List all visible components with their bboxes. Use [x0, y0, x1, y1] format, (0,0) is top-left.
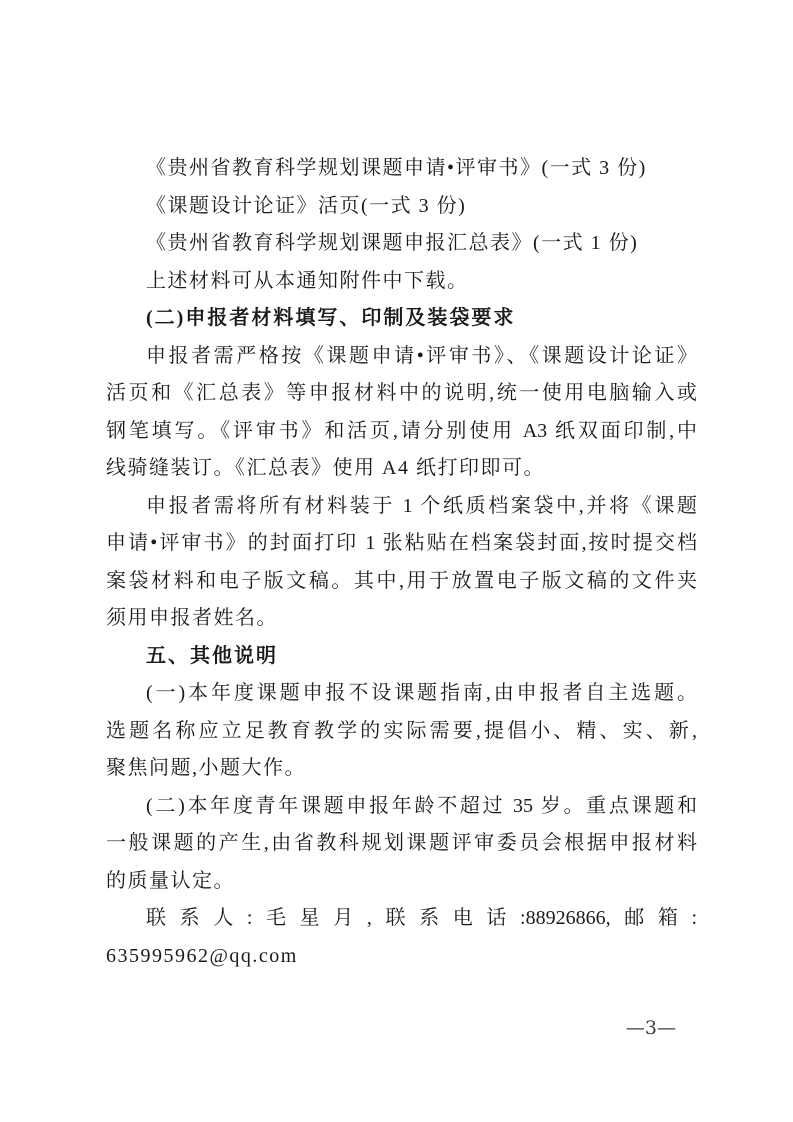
text-line: 活页和《汇总表》等申报材料中的说明,统一使用电脑输入或 [106, 375, 697, 413]
text-line: 的质量认定。 [106, 863, 697, 901]
text-line: 《贵州省教育科学规划课题申请•评审书》(一式 3 份) [106, 150, 697, 188]
text-line: 申报者需严格按《课题申请•评审书》、《课题设计论证》 [106, 338, 697, 376]
text-line: 联系人:毛星月,联系电话:88926866,邮箱: [106, 900, 697, 938]
text-line: 一般课题的产生,由省教科规划课题评审委员会根据申报材料 [106, 825, 697, 863]
document-body: 《贵州省教育科学规划课题申请•评审书》(一式 3 份)《课题设计论证》活页(一式… [106, 150, 697, 975]
text-line: 《课题设计论证》活页(一式 3 份) [106, 188, 697, 226]
text-line: 申请•评审书》的封面打印 1 张粘贴在档案袋封面,按时提交档 [106, 525, 697, 563]
text-line: 钢笔填写。《评审书》和活页,请分别使用 A3 纸双面印制,中 [106, 413, 697, 451]
text-line: 须用申报者姓名。 [106, 600, 697, 638]
text-line: 申报者需将所有材料装于 1 个纸质档案袋中,并将《课题 [106, 488, 697, 526]
text-line: (二)申报者材料填写、印制及装袋要求 [106, 300, 697, 338]
text-line: 635995962@qq.com [106, 938, 697, 976]
text-line: 聚焦问题,小题大作。 [106, 750, 697, 788]
text-line: 《贵州省教育科学规划课题申报汇总表》(一式 1 份) [106, 225, 697, 263]
text-line: (二)本年度青年课题申报年龄不超过 35 岁。重点课题和 [106, 788, 697, 826]
text-line: 选题名称应立足教育教学的实际需要,提倡小、精、实、新, [106, 713, 697, 751]
text-line: 上述材料可从本通知附件中下载。 [106, 263, 697, 301]
text-line: (一)本年度课题申报不设课题指南,由申报者自主选题。 [106, 675, 697, 713]
document-page: 《贵州省教育科学规划课题申请•评审书》(一式 3 份)《课题设计论证》活页(一式… [0, 0, 793, 1122]
text-line: 五、其他说明 [106, 638, 697, 676]
page-number: —3— [626, 1016, 676, 1040]
text-line: 案袋材料和电子版文稿。其中,用于放置电子版文稿的文件夹 [106, 563, 697, 601]
text-line: 线骑缝装订。《汇总表》使用 A4 纸打印即可。 [106, 450, 697, 488]
